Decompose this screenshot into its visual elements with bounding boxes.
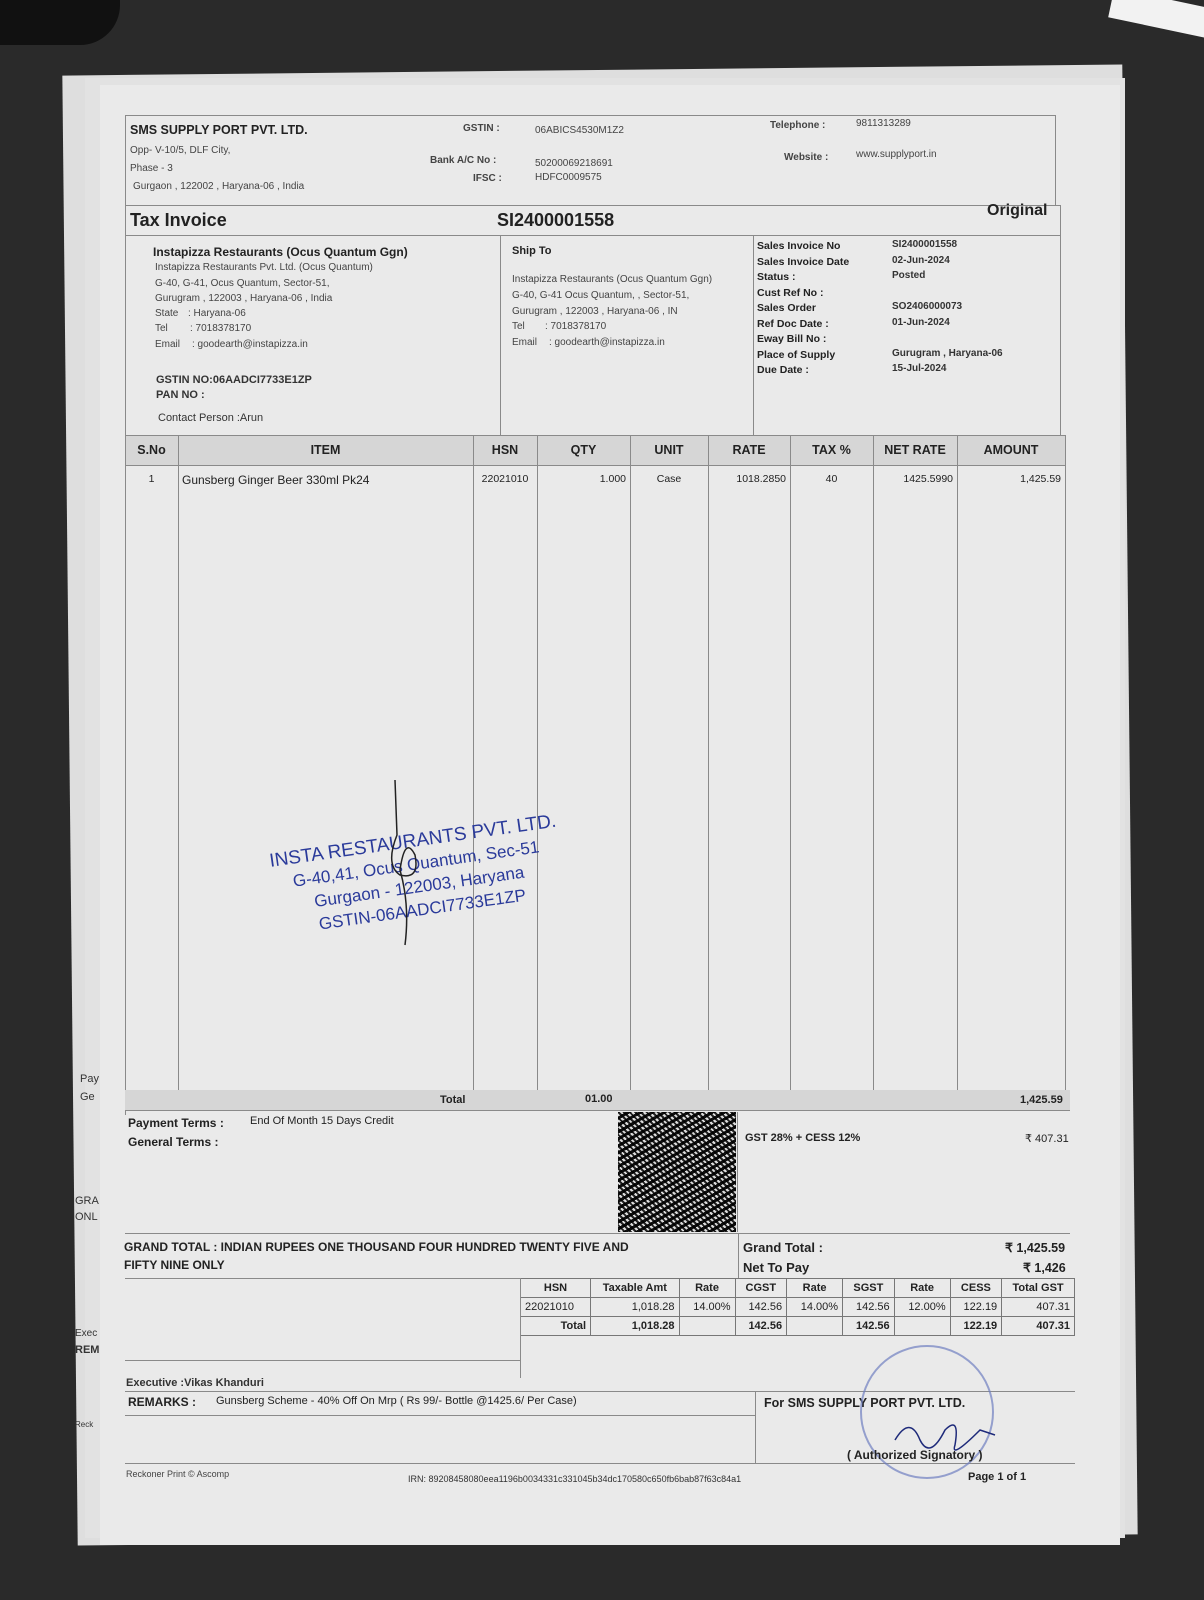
cell-hsn: 22021010 xyxy=(477,473,533,485)
net-to-pay-label: Net To Pay xyxy=(743,1260,809,1275)
bill-to-line: G-40, G-41, Ocus Quantum, Sector-51, xyxy=(155,278,330,289)
column-divider xyxy=(178,435,179,1110)
meta-label: Due Date : xyxy=(757,364,809,376)
seller-gstin: 06ABICS4530M1Z2 xyxy=(535,125,624,136)
column-divider xyxy=(708,435,709,1110)
total-amount: 1,425.59 xyxy=(1020,1094,1063,1106)
column-header: TAX % xyxy=(790,443,873,457)
grand-total-words: GRAND TOTAL : INDIAN RUPEES ONE THOUSAND… xyxy=(124,1240,629,1254)
tax-total-cell: 407.31 xyxy=(1002,1317,1075,1336)
tax-total-row: Total1,018.28142.56142.56122.19407.31 xyxy=(521,1317,1075,1336)
page-number: Page 1 of 1 xyxy=(968,1471,1026,1483)
cell-item: Gunsberg Ginger Beer 330ml Pk24 xyxy=(182,473,469,487)
print-credit: Reckoner Print © Ascomp xyxy=(126,1469,229,1479)
payment-terms-label: Payment Terms : xyxy=(128,1116,224,1130)
gst-summary-value: ₹ 407.31 xyxy=(1025,1132,1069,1145)
grand-total-value: ₹ 1,425.59 xyxy=(1005,1240,1065,1255)
tax-cell: 142.56 xyxy=(843,1298,895,1317)
edge-fragment: REM xyxy=(75,1344,99,1356)
tax-cell: 22021010 xyxy=(521,1298,591,1317)
column-header: RATE xyxy=(708,443,790,457)
column-divider xyxy=(957,435,958,1110)
seller-address-line: Phase - 3 xyxy=(130,163,173,174)
cell-unit: Case xyxy=(634,473,704,485)
invoice-title: Tax Invoice xyxy=(130,210,227,231)
qr-code xyxy=(618,1112,736,1232)
copy-label: Original xyxy=(987,202,1047,220)
meta-value: Posted xyxy=(892,270,925,281)
total-label: Total xyxy=(440,1094,465,1106)
edge-fragment: GRA xyxy=(75,1195,99,1207)
meta-value: Gurugram , Haryana-06 xyxy=(892,348,1003,359)
website-label: Website : xyxy=(784,152,828,163)
bill-to-email: : goodearth@instapizza.in xyxy=(192,339,308,350)
column-header: ITEM xyxy=(178,443,473,457)
tax-cell: 122.19 xyxy=(950,1298,1002,1317)
invoice-number: SI2400001558 xyxy=(497,210,614,231)
cell-amount: 1,425.59 xyxy=(961,473,1061,485)
cell-sno: 1 xyxy=(129,473,174,485)
cell-tax: 40 xyxy=(794,473,869,485)
cell-qty: 1.000 xyxy=(541,473,626,485)
column-divider xyxy=(537,435,538,1110)
seller-address-line: Opp- V-10/5, DLF City, xyxy=(130,145,230,156)
tax-total-cell: 1,018.28 xyxy=(591,1317,679,1336)
column-divider xyxy=(125,435,126,1110)
meta-value: SO2406000073 xyxy=(892,301,962,312)
signature-mark xyxy=(375,775,455,955)
ship-to-heading: Ship To xyxy=(512,245,552,257)
bill-to-tel: : 7018378170 xyxy=(190,323,251,334)
ship-to-tel: : 7018378170 xyxy=(545,321,606,332)
tax-total-cell: Total xyxy=(521,1317,591,1336)
tax-column-header: Total GST xyxy=(1002,1279,1075,1298)
tax-cell: 142.56 xyxy=(735,1298,787,1317)
meta-value: SI2400001558 xyxy=(892,239,957,250)
column-divider xyxy=(630,435,631,1110)
tax-cell: 1,018.28 xyxy=(591,1298,679,1317)
authorized-signatory: ( Authorized Signatory ) xyxy=(847,1448,983,1462)
tax-cell: 12.00% xyxy=(894,1298,950,1317)
meta-label: Sales Order xyxy=(757,302,816,314)
tax-breakup-table: HSNTaxable AmtRateCGSTRateSGSTRateCESSTo… xyxy=(520,1278,1075,1336)
general-terms-label: General Terms : xyxy=(128,1135,218,1149)
tax-column-header: CESS xyxy=(950,1279,1002,1298)
remarks-text: Gunsberg Scheme - 40% Off On Mrp ( Rs 99… xyxy=(216,1395,577,1407)
bank-account: 50200069218691 xyxy=(535,158,613,169)
tax-total-cell xyxy=(787,1317,843,1336)
ship-to-tel-label: Tel xyxy=(512,321,525,332)
bill-to-tel-label: Tel xyxy=(155,323,168,334)
edge-fragment: Ge xyxy=(80,1091,95,1103)
seller-website[interactable]: www.supplyport.in xyxy=(856,149,937,160)
net-to-pay-value: ₹ 1,426 xyxy=(1023,1260,1066,1275)
executive-name: Executive :Vikas Khanduri xyxy=(126,1377,264,1389)
background-object xyxy=(0,0,120,45)
gst-summary-label: GST 28% + CESS 12% xyxy=(745,1132,860,1144)
seller-name: SMS SUPPLY PORT PVT. LTD. xyxy=(130,123,308,137)
bill-to-name: Instapizza Restaurants (Ocus Quantum Ggn… xyxy=(153,245,408,259)
bill-to-pan: PAN NO : xyxy=(156,389,205,401)
irn-number: IRN: 89208458080eea1196b0034331c331045b3… xyxy=(408,1474,741,1484)
column-divider xyxy=(873,435,874,1110)
ship-to-line: Gurugram , 122003 , Haryana-06 , IN xyxy=(512,306,678,317)
bill-to-line: Instapizza Restaurants Pvt. Ltd. (Ocus Q… xyxy=(155,262,373,273)
tax-column-header: Taxable Amt xyxy=(591,1279,679,1298)
ship-to-line: G-40, G-41 Ocus Quantum, , Sector-51, xyxy=(512,290,689,301)
meta-label: Sales Invoice No xyxy=(757,240,840,252)
meta-label: Cust Ref No : xyxy=(757,287,824,299)
tax-header-row: HSNTaxable AmtRateCGSTRateSGSTRateCESSTo… xyxy=(521,1279,1075,1298)
edge-fragment: ONL xyxy=(75,1211,98,1223)
column-header: UNIT xyxy=(630,443,708,457)
column-divider xyxy=(790,435,791,1110)
meta-label: Place of Supply xyxy=(757,349,835,361)
gstin-label: GSTIN : xyxy=(463,123,500,134)
edge-fragment: Reck xyxy=(75,1420,93,1429)
tax-column-header: Rate xyxy=(894,1279,950,1298)
telephone-label: Telephone : xyxy=(770,120,825,131)
cell-net-rate: 1425.5990 xyxy=(877,473,953,485)
invoice-page: SMS SUPPLY PORT PVT. LTD. Opp- V-10/5, D… xyxy=(100,85,1120,1545)
background-paper xyxy=(1108,0,1204,42)
column-divider xyxy=(1065,435,1066,1110)
ifsc-label: IFSC : xyxy=(473,173,502,184)
meta-label: Sales Invoice Date xyxy=(757,256,849,268)
tax-row: 220210101,018.2814.00%142.5614.00%142.56… xyxy=(521,1298,1075,1317)
meta-label: Eway Bill No : xyxy=(757,333,826,345)
column-header: S.No xyxy=(125,443,178,457)
edge-fragment: Exec xyxy=(75,1328,97,1339)
grand-total-label: Grand Total : xyxy=(743,1240,823,1255)
bill-to-email-label: Email xyxy=(155,339,180,350)
payment-terms-value: End Of Month 15 Days Credit xyxy=(250,1115,394,1127)
meta-value: 02-Jun-2024 xyxy=(892,255,950,266)
tax-total-cell xyxy=(679,1317,735,1336)
ship-to-email-label: Email xyxy=(512,337,537,348)
tax-column-header: SGST xyxy=(843,1279,895,1298)
tax-cell: 14.00% xyxy=(787,1298,843,1317)
seller-address-line: Gurgaon , 122002 , Haryana-06 , India xyxy=(133,181,304,192)
ifsc-code: HDFC0009575 xyxy=(535,172,602,183)
bill-to-gstin: GSTIN NO:06AADCI7733E1ZP xyxy=(156,374,312,386)
meta-value: 01-Jun-2024 xyxy=(892,317,950,328)
tax-total-cell: 122.19 xyxy=(950,1317,1002,1336)
ship-to-email: : goodearth@instapizza.in xyxy=(549,337,665,348)
column-header: NET RATE xyxy=(873,443,957,457)
cell-rate: 1018.2850 xyxy=(712,473,786,485)
column-header: QTY xyxy=(537,443,630,457)
tax-total-cell: 142.56 xyxy=(843,1317,895,1336)
tax-column-header: CGST xyxy=(735,1279,787,1298)
contact-person: Contact Person :Arun xyxy=(158,412,263,424)
tax-column-header: Rate xyxy=(679,1279,735,1298)
column-header: AMOUNT xyxy=(957,443,1065,457)
column-divider xyxy=(473,435,474,1110)
tax-column-header: Rate xyxy=(787,1279,843,1298)
meta-label: Status : xyxy=(757,271,796,283)
remarks-label: REMARKS : xyxy=(128,1395,196,1409)
column-header: HSN xyxy=(473,443,537,457)
meta-value: 15-Jul-2024 xyxy=(892,363,946,374)
bill-to-line: Gurugram , 122003 , Haryana-06 , India xyxy=(155,293,332,304)
tax-column-header: HSN xyxy=(521,1279,591,1298)
ship-to-name: Instapizza Restaurants (Ocus Quantum Ggn… xyxy=(512,274,712,285)
tax-cell: 14.00% xyxy=(679,1298,735,1317)
seller-telephone: 9811313289 xyxy=(856,118,911,129)
meta-label: Ref Doc Date : xyxy=(757,318,829,330)
grand-total-words: FIFTY NINE ONLY xyxy=(124,1258,225,1272)
total-qty: 01.00 xyxy=(585,1093,613,1105)
bill-to-state-label: State xyxy=(155,308,178,319)
tax-total-cell: 142.56 xyxy=(735,1317,787,1336)
tax-total-cell xyxy=(894,1317,950,1336)
edge-fragment: Pay xyxy=(80,1073,99,1085)
bill-to-state: : Haryana-06 xyxy=(188,308,246,319)
bank-label: Bank A/C No : xyxy=(430,155,496,166)
tax-cell: 407.31 xyxy=(1002,1298,1075,1317)
